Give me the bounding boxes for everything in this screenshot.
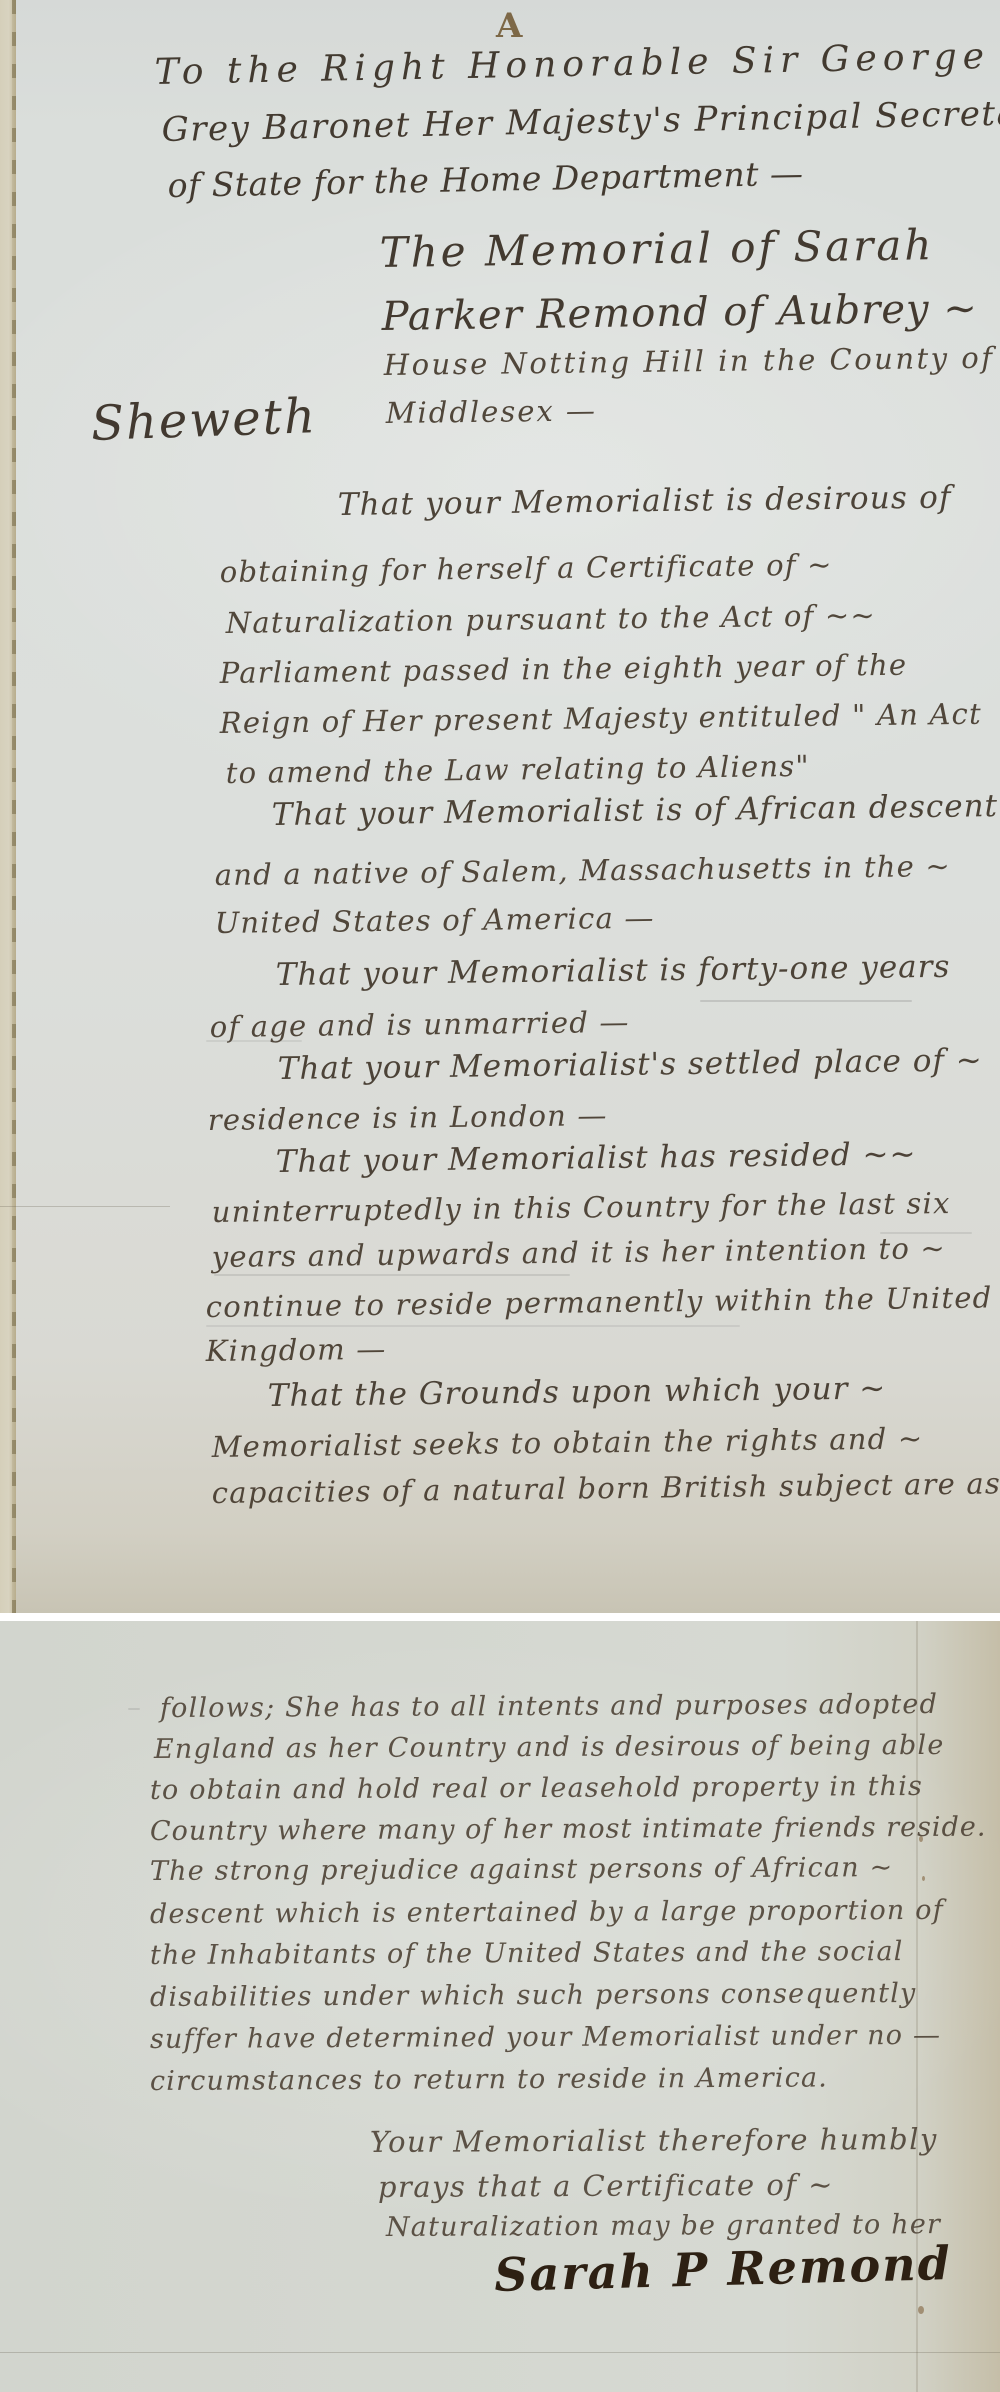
manuscript-line: United States of America — (215, 901, 655, 940)
manuscript-line: to amend the Law relating to Aliens" (226, 749, 810, 790)
pencil-underline (214, 1274, 570, 1276)
sheweth-heading: Sheweth (90, 388, 318, 452)
manuscript-line: Country where many of her most intimate … (150, 1812, 987, 1847)
manuscript-line: Your Memorialist therefore humbly (370, 2122, 938, 2159)
pencil-underline (206, 1325, 740, 1327)
manuscript-line: prays that a Certificate of ~ (378, 2168, 834, 2204)
manuscript-line: suffer have determined your Memorialist … (150, 2020, 941, 2055)
manuscript-line: The strong prejudice against persons of … (150, 1852, 894, 1887)
manuscript-line: the Inhabitants of the United States and… (150, 1936, 904, 1971)
manuscript-line: That the Grounds upon which your ~ (268, 1370, 887, 1414)
pencil-underline (206, 1040, 302, 1042)
manuscript-line: of age and is unmarried — (210, 1005, 630, 1044)
manuscript-line: Parker Remond of Aubrey ~ (381, 286, 978, 340)
pencil-underline (880, 1232, 972, 1234)
manuscript-line: descent which is entertained by a large … (150, 1895, 944, 1930)
classification-mark: A (496, 6, 523, 46)
manuscript-line: That your Memorialist is desirous of (338, 480, 952, 523)
page-binding-edge (0, 0, 16, 1613)
manuscript-line: circumstances to return to reside in Ame… (150, 2062, 828, 2097)
manuscript-line: England as her Country and is desirous o… (154, 1730, 945, 1765)
manuscript-line: disabilities under which such persons co… (150, 1978, 917, 2013)
manuscript-line: Middlesex — (386, 393, 598, 430)
ink-speck (918, 2306, 924, 2314)
document-scan: A To the Right Honorable Sir George Grey… (0, 0, 1000, 2392)
manuscript-line: follows; She has to all intents and purp… (160, 1689, 938, 1724)
page-divider (0, 1613, 1000, 1621)
manuscript-line: Kingdom — (206, 1332, 387, 1368)
pencil-mark (128, 1708, 140, 1710)
manuscript-line: to obtain and hold real or leasehold pro… (150, 1771, 923, 1806)
fold-crease (0, 1206, 170, 1207)
manuscript-line: The Memorial of Sarah (379, 220, 934, 277)
fold-crease (0, 2352, 1000, 2353)
ink-speck (922, 1876, 925, 1881)
pencil-underline (700, 1000, 912, 1002)
manuscript-line: residence is in London — (208, 1098, 608, 1137)
